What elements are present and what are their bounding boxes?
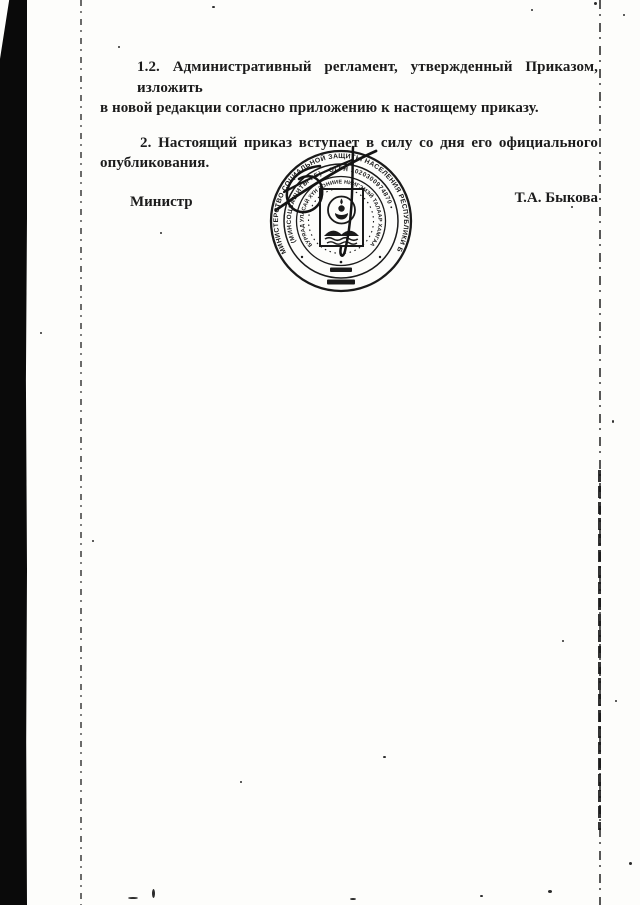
noise-speck [612, 420, 614, 423]
scan-edge-black-bar [0, 0, 27, 905]
noise-speck [623, 14, 625, 16]
noise-speck [594, 2, 597, 5]
handwritten-signature [240, 120, 440, 290]
noise-speck [212, 6, 215, 8]
noise-speck [92, 540, 94, 542]
noise-speck [548, 890, 552, 893]
noise-speck [480, 895, 483, 897]
noise-speck [629, 862, 632, 865]
signer-name: Т.А. Быкова [515, 190, 598, 207]
noise-speck [615, 700, 617, 702]
noise-speck [562, 640, 564, 642]
noise-speck [128, 897, 138, 899]
scanned-document-page: 1.2. Административный регламент, утвержд… [0, 0, 640, 905]
noise-speck [160, 232, 162, 234]
noise-speck [240, 781, 242, 783]
paragraph-1-2: 1.2. Административный регламент, утвержд… [100, 57, 598, 119]
paragraph-line: в новой редакции согласно приложению к н… [100, 98, 598, 119]
paragraph-line: 1.2. Административный регламент, утвержд… [137, 57, 598, 98]
noise-speck [118, 46, 120, 48]
noise-speck [40, 332, 42, 334]
noise-speck [531, 9, 533, 11]
right-fold-dark-segment [598, 470, 601, 830]
signer-title: Министр [130, 194, 193, 211]
noise-speck [383, 756, 386, 758]
noise-speck [152, 889, 155, 898]
left-fold-dashed-line [80, 0, 82, 905]
noise-speck [350, 898, 356, 900]
